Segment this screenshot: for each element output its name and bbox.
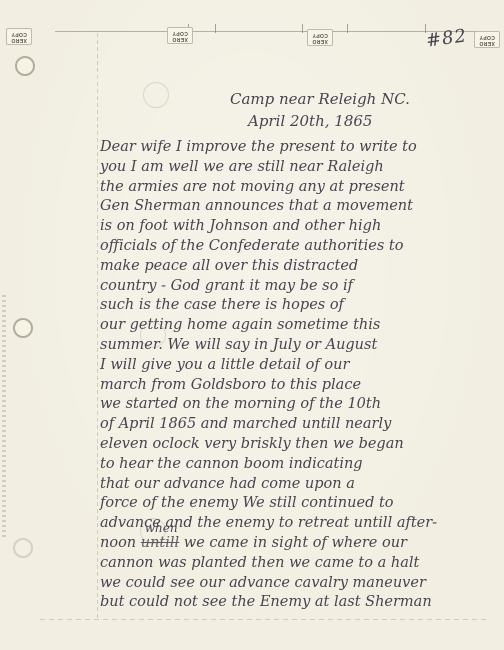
letter-line: officials of the Confederate authorities… — [100, 237, 484, 257]
stamp-text: XERO — [11, 37, 27, 43]
inline-correction: whenuntill — [141, 534, 179, 554]
letter-body: Dear wife I improve the present to write… — [100, 138, 484, 613]
letter-line: such is the case there is hopes of — [100, 296, 484, 316]
letter-line: summer. We will say in July or August — [100, 336, 484, 356]
letter-line: you I am well we are still near Raleigh — [100, 158, 484, 178]
letter-line: we could see our advance cavalry maneuve… — [100, 574, 484, 594]
page-number-mark: #82 — [425, 25, 469, 52]
film-edge-marks — [2, 295, 6, 540]
stamp-text: XERO — [479, 40, 495, 46]
stamp-text: XERO — [312, 38, 328, 44]
letter-line: but could not see the Enemy at last Sher… — [100, 593, 484, 613]
letter-line: we started on the morning of the 10th — [100, 395, 484, 415]
punch-hole — [15, 56, 35, 76]
letter-line: that our advance had come upon a — [100, 475, 484, 495]
letter-line: Dear wife I improve the present to write… — [100, 138, 484, 158]
struck-word: untill — [141, 535, 179, 551]
letter-line: march from Goldsboro to this place — [100, 376, 484, 396]
platen-edge-line — [55, 31, 487, 32]
punch-hole — [13, 318, 33, 338]
letter-line: make peace all over this distracted — [100, 257, 484, 277]
sheet-bottom-edge — [40, 619, 487, 620]
stamp-text: XERO — [172, 36, 188, 42]
letter-line: country - God grant it may be so if — [100, 277, 484, 297]
letter-line: noon whenuntill we came in sight of wher… — [100, 534, 484, 554]
letter-place-line: Camp near Releigh NC. — [100, 88, 482, 110]
stamp-text: COPY — [172, 30, 188, 36]
stamp-text: COPY — [11, 31, 27, 37]
xero-copy-stamp: XERO COPY — [6, 28, 32, 45]
sheet-left-edge — [97, 33, 98, 620]
letter-line: our getting home again sometime this — [100, 316, 484, 336]
letter-line: of April 1865 and marched untill nearly — [100, 415, 484, 435]
punch-hole — [13, 538, 33, 558]
letter-line: cannon was planted then we came to a hal… — [100, 554, 484, 574]
registration-tick — [347, 24, 348, 33]
stamp-text: COPY — [479, 34, 495, 40]
xero-copy-stamp: XERO COPY — [167, 27, 193, 44]
xero-copy-stamp: XERO COPY — [307, 29, 333, 46]
letter-heading: Camp near Releigh NC. April 20th, 1865 — [100, 88, 482, 132]
letter-line: is on foot with Johnson and other high — [100, 217, 484, 237]
stamp-text: COPY — [312, 32, 328, 38]
scanned-letter-page: XERO COPY XERO COPY XERO COPY XERO COPY … — [0, 0, 504, 650]
letter-line: eleven oclock very briskly then we began — [100, 435, 484, 455]
letter-line: Gen Sherman announces that a movement — [100, 197, 484, 217]
letter-line: force of the enemy We still continued to — [100, 494, 484, 514]
letter-line: I will give you a little detail of our — [100, 356, 484, 376]
letter-line: to hear the cannon boom indicating — [100, 455, 484, 475]
registration-tick — [302, 24, 303, 33]
letter-date-line: April 20th, 1865 — [100, 110, 482, 132]
letter-line: the armies are not moving any at present — [100, 178, 484, 198]
xero-copy-stamp: XERO COPY — [474, 31, 500, 48]
inserted-word: when — [145, 523, 178, 534]
registration-tick — [215, 24, 216, 33]
